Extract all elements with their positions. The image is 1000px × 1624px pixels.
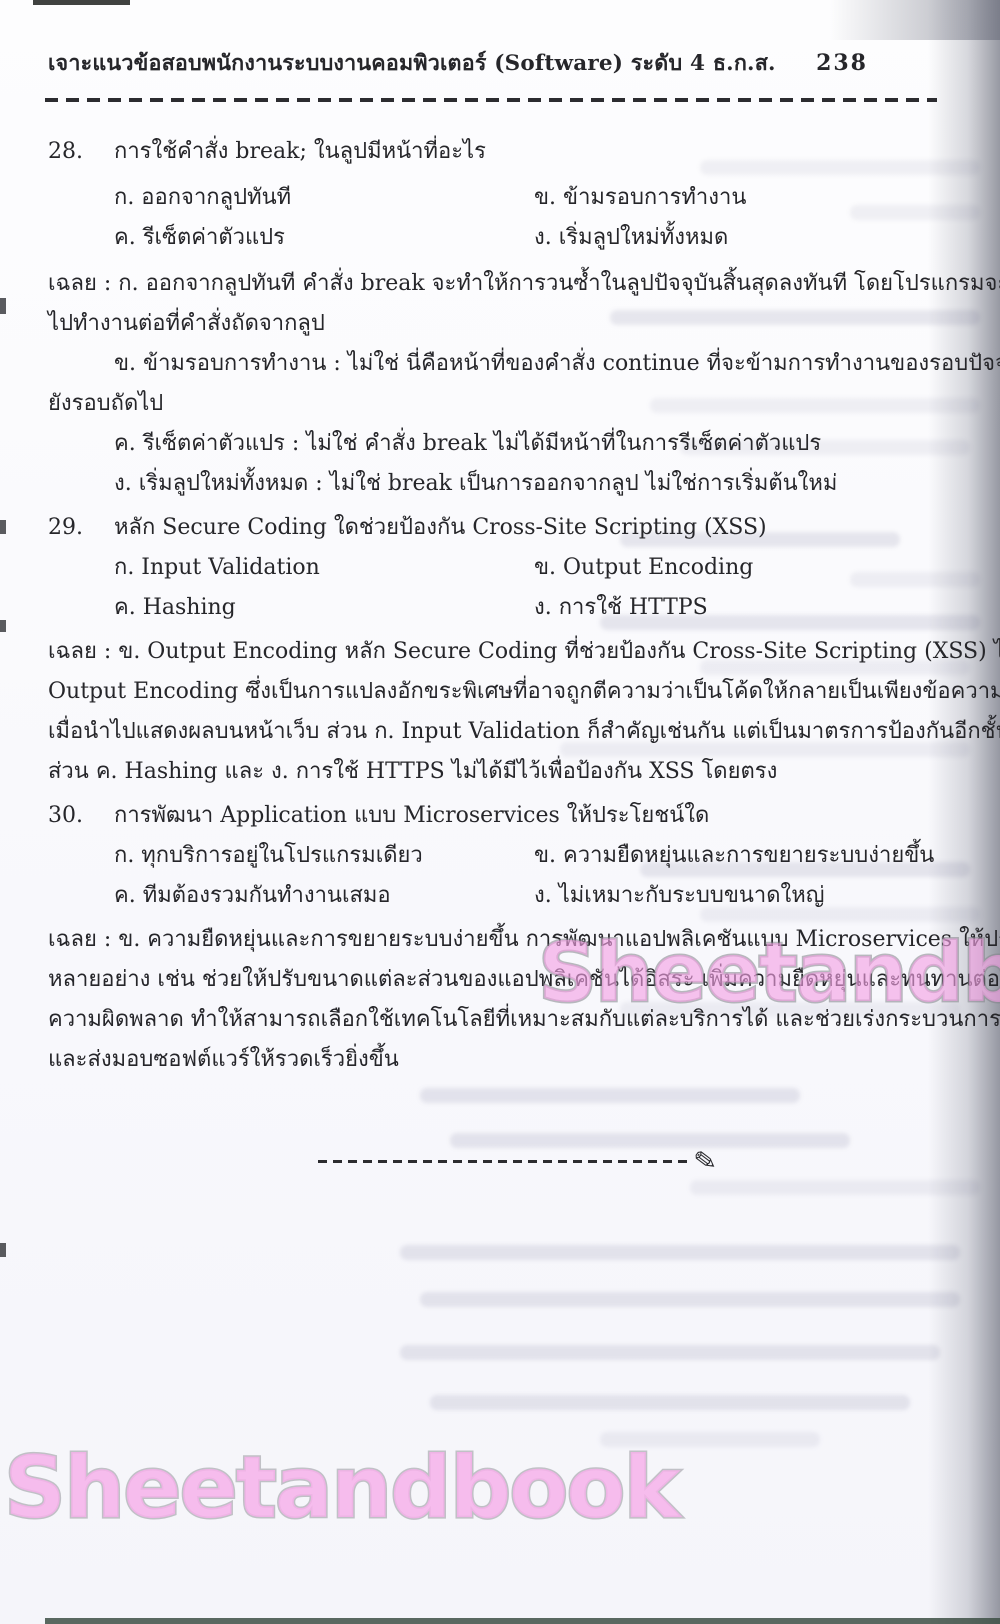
watermark-sheetandbook: Sheetandbook [538,926,1000,1021]
header-divider [45,98,937,102]
answer-line: Output Encoding ซึ่งเป็นการแปลงอักขระพิเ… [48,672,936,712]
bleedthrough-line [400,1345,940,1360]
option-c: ค. ทีมต้องรวมกันทำงานเสมอ [114,876,534,916]
answer-line: เมื่อนำไปแสดงผลบนหน้าเว็บ ส่วน ก. Input … [48,712,936,752]
answer-line: เฉลย : ก. ออกจากลูปทันที คำสั่ง break จะ… [48,264,936,304]
answer-line: และส่งมอบซอฟต์แวร์ให้รวดเร็วยิ่งขึ้น [48,1040,936,1080]
option-a: ก. ทุกบริการอยู่ในโปรแกรมเดียว [114,836,534,876]
option-d: ง. ไม่เหมาะกับระบบขนาดใหญ่ [534,876,825,916]
option-a: ก. Input Validation [114,548,534,588]
watermark-sheetandbook: Sheetandbook [4,1438,679,1538]
question-number: 29. [48,508,114,548]
section-end-divider: ✎ [318,1146,717,1177]
scanner-edge-artifact [0,520,6,534]
option-b: ข. ความยืดหยุ่นและการขยายระบบง่ายขึ้น [534,836,934,876]
answer-line: ส่วน ค. Hashing และ ง. การใช้ HTTPS ไม่ไ… [48,752,936,792]
answer-line: ไปทำงานต่อที่คำสั่งถัดจากลูป [48,304,936,344]
question-text: การพัฒนา Application แบบ Microservices ใ… [114,796,709,836]
question-number: 28. [48,132,114,172]
page-curl-shadow-top [830,0,1000,40]
option-c: ค. Hashing [114,588,534,628]
bleedthrough-line [690,1180,980,1195]
book-title: เจาะแนวข้อสอบพนักงานระบบงานคอมพิวเตอร์ (… [48,46,776,80]
question-28: 28. การใช้คำสั่ง break; ในลูปมีหน้าที่อะ… [48,132,936,172]
question-28-options-row1: ก. ออกจากลูปทันที ข. ข้ามรอบการทำงาน [48,178,936,218]
option-d: ง. การใช้ HTTPS [534,588,708,628]
option-b: ข. ข้ามรอบการทำงาน [534,178,746,218]
scanner-edge-artifact [0,298,6,314]
question-30: 30. การพัฒนา Application แบบ Microservic… [48,796,936,836]
answer-line: เฉลย : ข. Output Encoding หลัก Secure Co… [48,632,936,672]
bleedthrough-line [430,1395,910,1410]
question-29-options-row2: ค. Hashing ง. การใช้ HTTPS [48,588,936,628]
option-b: ข. Output Encoding [534,548,753,588]
scanner-edge-artifact [33,0,130,5]
scanner-edge-artifact [0,620,6,632]
answer-line: ง. เริ่มลูปใหม่ทั้งหมด : ไม่ใช่ break เป… [48,464,936,504]
question-28-options-row2: ค. รีเซ็ตค่าตัวแปร ง. เริ่มลูปใหม่ทั้งหม… [48,218,936,258]
question-30-options-row1: ก. ทุกบริการอยู่ในโปรแกรมเดียว ข. ความยื… [48,836,936,876]
bleedthrough-line [420,1292,960,1307]
page-number: 238 [816,50,868,76]
option-c: ค. รีเซ็ตค่าตัวแปร [114,218,534,258]
answer-line: ข. ข้ามรอบการทำงาน : ไม่ใช่ นี่คือหน้าที… [48,344,936,384]
question-text: หลัก Secure Coding ใดช่วยป้องกัน Cross-S… [114,508,767,548]
bleedthrough-line [420,1088,800,1103]
answer-line: ยังรอบถัดไป [48,384,936,424]
question-number: 30. [48,796,114,836]
answer-line: ค. รีเซ็ตค่าตัวแปร : ไม่ใช่ คำสั่ง break… [48,424,936,464]
scanner-edge-artifact [0,1243,6,1257]
option-d: ง. เริ่มลูปใหม่ทั้งหมด [534,218,728,258]
dashed-line [318,1160,690,1163]
scanner-edge-artifact [45,1618,1000,1624]
question-29-options-row1: ก. Input Validation ข. Output Encoding [48,548,936,588]
page-curl-shadow [928,0,1000,1624]
pencil-icon: ✎ [692,1145,719,1179]
bleedthrough-line [400,1245,960,1260]
question-30-options-row2: ค. ทีมต้องรวมกันทำงานเสมอ ง. ไม่เหมาะกับ… [48,876,936,916]
option-a: ก. ออกจากลูปทันที [114,178,534,218]
question-29: 29. หลัก Secure Coding ใดช่วยป้องกัน Cro… [48,508,936,548]
scanned-book-page: เจาะแนวข้อสอบพนักงานระบบงานคอมพิวเตอร์ (… [0,0,1000,1624]
page-header: เจาะแนวข้อสอบพนักงานระบบงานคอมพิวเตอร์ (… [48,46,940,80]
question-text: การใช้คำสั่ง break; ในลูปมีหน้าที่อะไร [114,132,486,172]
